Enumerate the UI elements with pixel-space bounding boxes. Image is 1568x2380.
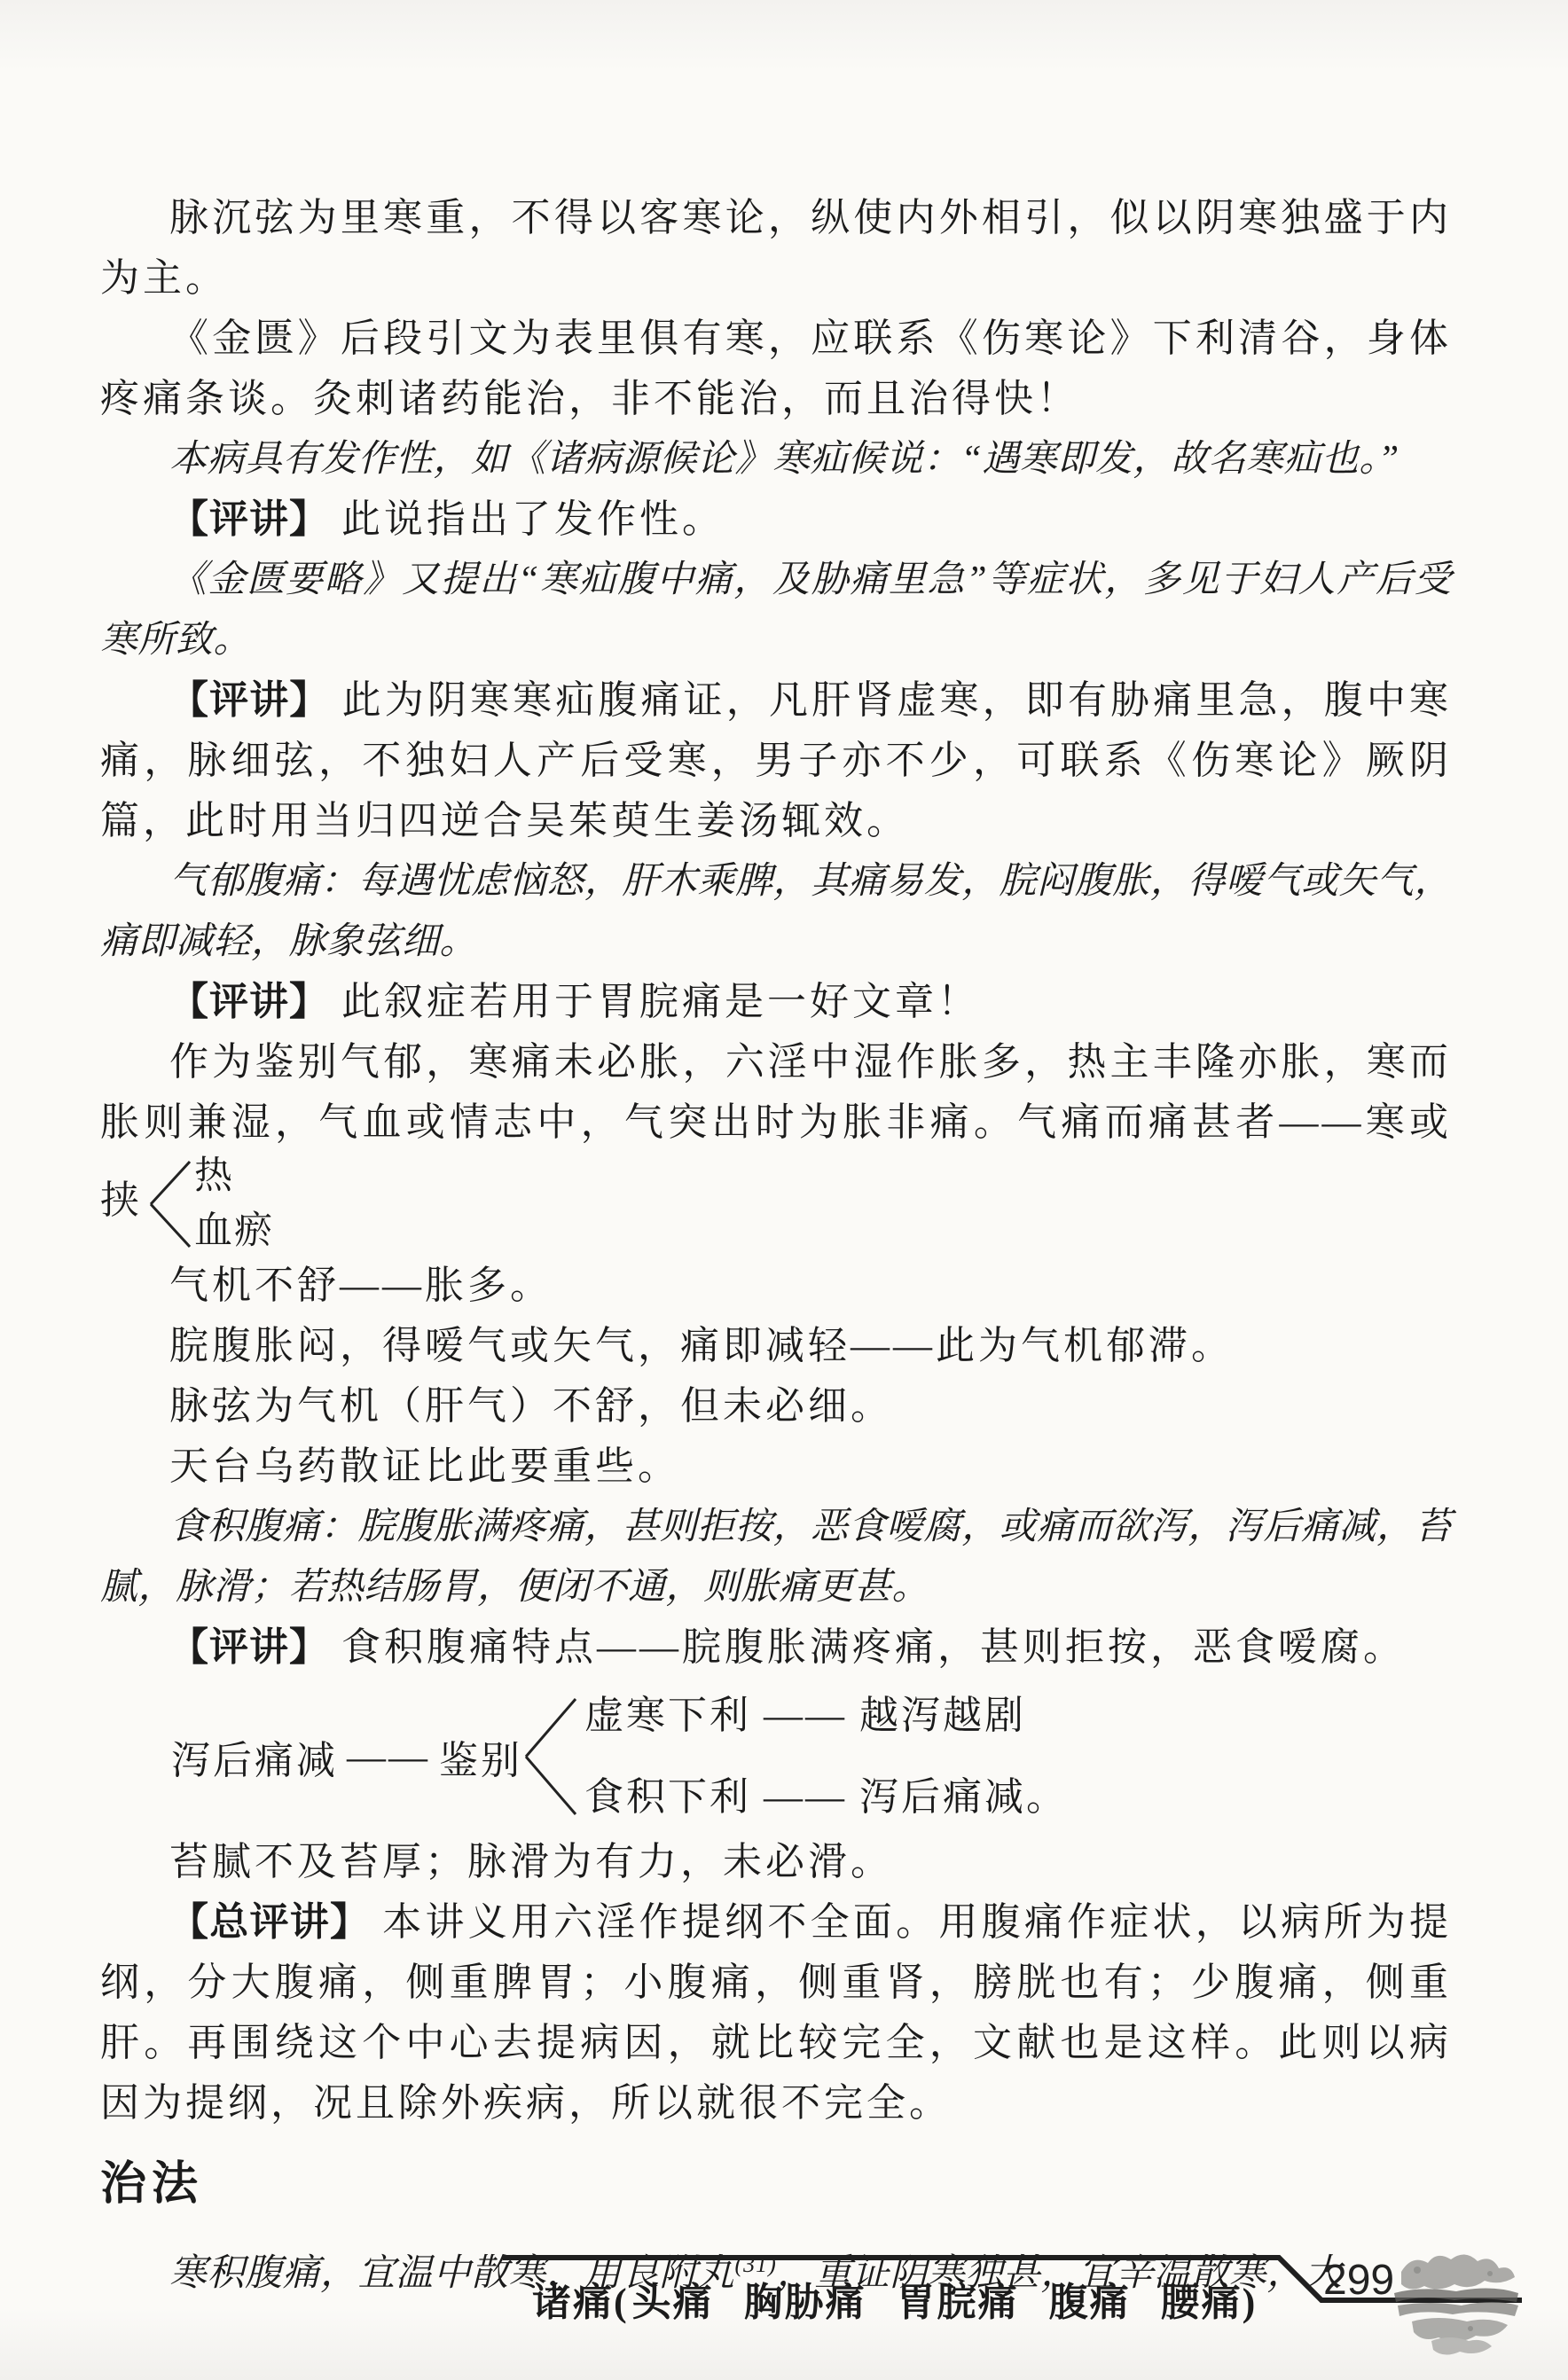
footer-chapter: 腰痛 [1161, 2281, 1243, 2324]
fork-options: 热血瘀 [194, 1155, 274, 1254]
fork-option-top: 热 [194, 1155, 274, 1199]
fork-brace: 热血瘀 [148, 1153, 274, 1256]
diagram-left-label: 泻后痛减 [171, 1728, 338, 1785]
diagram-branches: 虚寒下利 —— 越泻越剧 食积下利 —— 泻后痛减。 [584, 1691, 1068, 1822]
footer-chapter: 胸胁痛 [744, 2281, 866, 2324]
paragraph-quote: 气郁腹痛：每遇忧虑恼怒，肝木乘脾，其痛易发，脘闷腹胀，得嗳气或矢气，痛即减轻，脉… [100, 851, 1452, 972]
paragraph: 天台乌药散证比此要重些。 [100, 1437, 1452, 1497]
differentiation-diagram: 泻后痛减 —— 鉴别 虚寒下利 —— 越泻越剧 食积下利 —— 泻后痛减。 [171, 1690, 1452, 1823]
footer-chapter: 头痛 [632, 2281, 714, 2324]
paragraph: 脉弦为气机（肝气）不舒，但未必细。 [100, 1376, 1452, 1437]
section-heading: 治法 [100, 2157, 1452, 2213]
paragraph: 气机不舒——胀多。 [100, 1256, 1452, 1316]
brace-connector-icon [524, 1690, 579, 1823]
footer-chapter: 胃脘痛 [897, 2281, 1019, 2324]
comment-paragraph: 【评讲】此叙症若用于胃脘痛是一好文章！ [100, 972, 1452, 1032]
diagram-node-label: 鉴别 [439, 1728, 522, 1785]
page-number: 299 [1323, 2256, 1394, 2305]
footer-section-label: 诸痛 [532, 2281, 614, 2324]
fork-option-bottom: 血瘀 [194, 1210, 274, 1254]
comment-label: 【评讲】 [169, 1625, 329, 1669]
comment-paragraph: 【评讲】此为阴寒寒疝腹痛证，凡肝肾虚寒，即有胁痛里急，腹中寒痛，脉细弦，不独妇人… [100, 670, 1452, 851]
diagram-branch-top: 虚寒下利 —— 越泻越剧 [584, 1691, 1068, 1741]
paragraph: 脘腹胀闷，得嗳气或矢气，痛即减轻——此为气机郁滞。 [100, 1316, 1452, 1376]
comment-paragraph: 【总评讲】本讲义用六淫作提纲不全面。用腹痛作症状，以病所为提纲，分大腹痛，侧重脾… [100, 1892, 1452, 2133]
comment-text: 此叙症若用于胃脘痛是一好文章！ [341, 980, 980, 1023]
book-page: 脉沉弦为里寒重，不得以客寒论，纵使内外相引，似以阴寒独盛于内为主。 《金匮》后段… [0, 0, 1568, 2380]
comment-text: 食积腹痛特点——脘腹胀满疼痛，甚则拒按，恶食嗳腐。 [341, 1625, 1406, 1669]
comment-label: 【评讲】 [169, 678, 330, 722]
comment-paragraph: 【评讲】食积腹痛特点——脘腹胀满疼痛，甚则拒按，恶食嗳腐。 [100, 1617, 1452, 1678]
footer-chapter-list: 诸痛(头痛胸胁痛胃脘痛腹痛腰痛) [532, 2270, 1257, 2327]
paragraph: 脉沉弦为里寒重，不得以客寒论，纵使内外相引，似以阴寒独盛于内为主。 [100, 188, 1452, 309]
paragraph-text: 作为鉴别气郁，寒痛未必胀，六淫中湿作胀多，热主丰隆亦胀，寒而胀则兼湿，气血或情志… [100, 1040, 1452, 1222]
comment-label: 【评讲】 [169, 497, 329, 541]
comment-text: 此说指出了发作性。 [341, 497, 725, 541]
diagram-connector: —— [347, 1734, 430, 1780]
comment-label: 【总评讲】 [169, 1900, 370, 1944]
paragraph-with-fork: 作为鉴别气郁，寒痛未必胀，六淫中湿作胀多，热主丰隆亦胀，寒而胀则兼湿，气血或情志… [100, 1032, 1452, 1256]
paragraph-quote: 《金匮要略》又提出“寒疝腹中痛，及胁痛里急”等症状，多见于妇人产后受寒所致。 [100, 550, 1452, 670]
diagram-branch-bottom: 食积下利 —— 泻后痛减。 [584, 1773, 1068, 1822]
footer-paren-open: ( [614, 2281, 629, 2324]
paragraph-quote: 本病具有发作性，如《诸病源候论》寒疝候说：“遇寒即发，故名寒疝也。” [100, 429, 1452, 489]
comment-paragraph: 【评讲】此说指出了发作性。 [100, 489, 1452, 550]
footer-chapter: 腹痛 [1049, 2281, 1131, 2324]
page-body-text: 脉沉弦为里寒重，不得以客寒论，纵使内外相引，似以阴寒独盛于内为主。 《金匮》后段… [100, 188, 1452, 2304]
paragraph: 苔腻不及苔厚；脉滑为有力，未必滑。 [100, 1832, 1452, 1892]
paragraph: 《金匮》后段引文为表里俱有寒，应联系《伤寒论》下利清谷，身体疼痛条谈。灸刺诸药能… [100, 309, 1452, 429]
footer-paren-close: ) [1243, 2281, 1258, 2324]
brace-connector-icon [148, 1155, 194, 1254]
comment-label: 【评讲】 [169, 980, 329, 1023]
paragraph-quote: 食积腹痛：脘腹胀满疼痛，甚则拒按，恶食嗳腐，或痛而欲泻，泻后痛减，苔腻，脉滑；若… [100, 1497, 1452, 1617]
decorative-stamp-image [1385, 2247, 1527, 2362]
